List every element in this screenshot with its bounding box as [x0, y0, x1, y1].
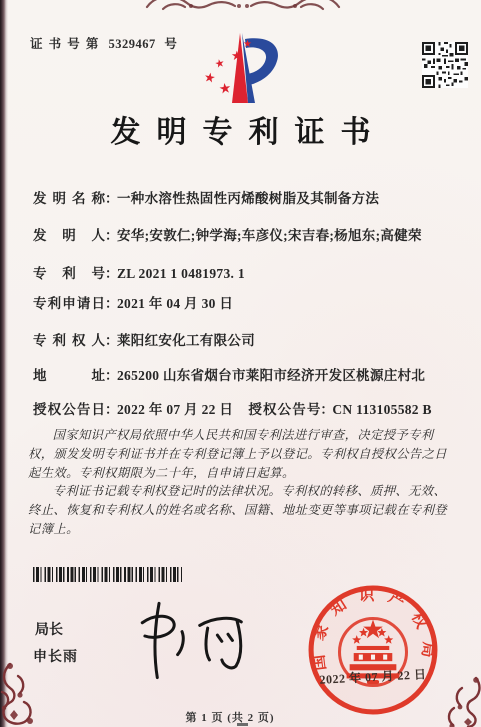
field-colon: ：: [105, 398, 117, 418]
field-colon: ：: [320, 398, 332, 418]
field-colon: ：: [105, 187, 117, 207]
certificate-number-suffix: 号: [164, 37, 178, 51]
certificate-number: 证 书 号 第 5329467 号: [30, 34, 178, 52]
field-label: 专利号: [33, 262, 105, 282]
field-row-patent-number: 专利号：ZL 2021 1 0481973. 1: [33, 262, 461, 282]
field-colon: ：: [105, 262, 117, 282]
field-label: 地址: [33, 364, 105, 384]
field-value: ZL 2021 1 0481973. 1: [117, 266, 245, 281]
bottom-left-ornament: [0, 662, 56, 727]
grant-date-pair: 授权公告日：2022 年 07 月 22 日: [33, 398, 245, 418]
field-label: 专利申请日: [33, 292, 105, 312]
field-colon: ：: [105, 224, 117, 244]
field-row-application-date: 专利申请日：2021 年 04 月 30 日: [33, 292, 461, 312]
logo-star-icon: ★: [243, 40, 252, 50]
field-value: 莱阳红安化工有限公司: [117, 333, 255, 348]
field-value: 一种水溶性热固性丙烯酸树脂及其制备方法: [117, 191, 379, 206]
page-number: 第 1 页 (共 2 页): [0, 709, 460, 725]
legal-body-text: 国家知识产权局依照中华人民共和国专利法进行审查，决定授予专利权，颁发发明专利证书…: [28, 426, 454, 539]
legal-paragraph-1: 国家知识产权局依照中华人民共和国专利法进行审查，决定授予专利权，颁发发明专利证书…: [28, 426, 454, 482]
logo-star-icon: ★: [214, 58, 226, 71]
official-seal: 国家知识产权局: [306, 583, 440, 717]
field-colon: ：: [105, 329, 117, 349]
field-label: 发明名称: [33, 187, 105, 207]
field-value: CN 113105582 B: [332, 402, 431, 417]
qr-code: [422, 42, 468, 88]
field-label: 发明人: [33, 224, 105, 244]
legal-paragraph-2: 专利证书记载专利权登记时的法律状况。专利权的转移、质押、无效、终止、恢复和专利权…: [28, 482, 454, 538]
top-flourish-ornament: [143, 0, 343, 15]
field-colon: ：: [105, 364, 117, 384]
cnipa-patent-logo: ★ ★ ★ ★ ★: [203, 31, 287, 105]
qr-code-icon: [422, 42, 468, 88]
field-value: 265200 山东省烟台市莱阳市经济开发区桃源庄村北: [117, 368, 425, 383]
barcode: [33, 567, 182, 582]
field-label: 专利权人: [33, 329, 105, 349]
logo-star-icon: ★: [231, 49, 243, 62]
logo-star-icon: ★: [203, 70, 217, 85]
footer-mark: [237, 723, 248, 726]
field-label: 授权公告日: [33, 398, 105, 418]
field-colon: ：: [105, 292, 117, 312]
corner-flourish-icon: [428, 676, 481, 727]
flourish-icon: [143, 0, 343, 15]
logo-star-icon: ★: [218, 82, 232, 98]
field-value: 2021 年 04 月 30 日: [117, 296, 233, 311]
field-row-grant: 授权公告日：2022 年 07 月 22 日 授权公告号：CN 11310558…: [33, 398, 461, 418]
corner-flourish-icon: [0, 662, 56, 727]
signer-title: 局长: [35, 619, 63, 639]
field-label: 授权公告号: [248, 398, 320, 418]
field-value: 安华;安敦仁;钟学海;车彦仪;宋吉春;杨旭东;高健荣: [117, 228, 422, 243]
handwritten-signature: [122, 598, 258, 682]
certificate-number-value: 5329467: [109, 37, 156, 51]
certificate-title: 发明专利证书: [0, 107, 481, 151]
certificate-number-prefix: 证 书 号 第: [30, 37, 100, 51]
patent-certificate-page: 证 书 号 第 5329467 号 ★ ★ ★ ★ ★: [0, 0, 481, 727]
field-row-address: 地址：265200 山东省烟台市莱阳市经济开发区桃源庄村北: [33, 364, 461, 384]
seal-icon: 国家知识产权局: [306, 583, 440, 717]
bottom-right-ornament: [428, 676, 481, 727]
field-row-inventors: 发明人：安华;安敦仁;钟学海;车彦仪;宋吉春;杨旭东;高健荣: [33, 224, 461, 244]
field-row-invention-name: 发明名称：一种水溶性热固性丙烯酸树脂及其制备方法: [33, 187, 461, 207]
grant-number-pair: 授权公告号：CN 113105582 B: [248, 398, 431, 418]
field-row-patentee: 专利权人：莱阳红安化工有限公司: [33, 329, 461, 349]
signature-icon: [122, 598, 258, 682]
field-value: 2022 年 07 月 22 日: [117, 402, 233, 417]
